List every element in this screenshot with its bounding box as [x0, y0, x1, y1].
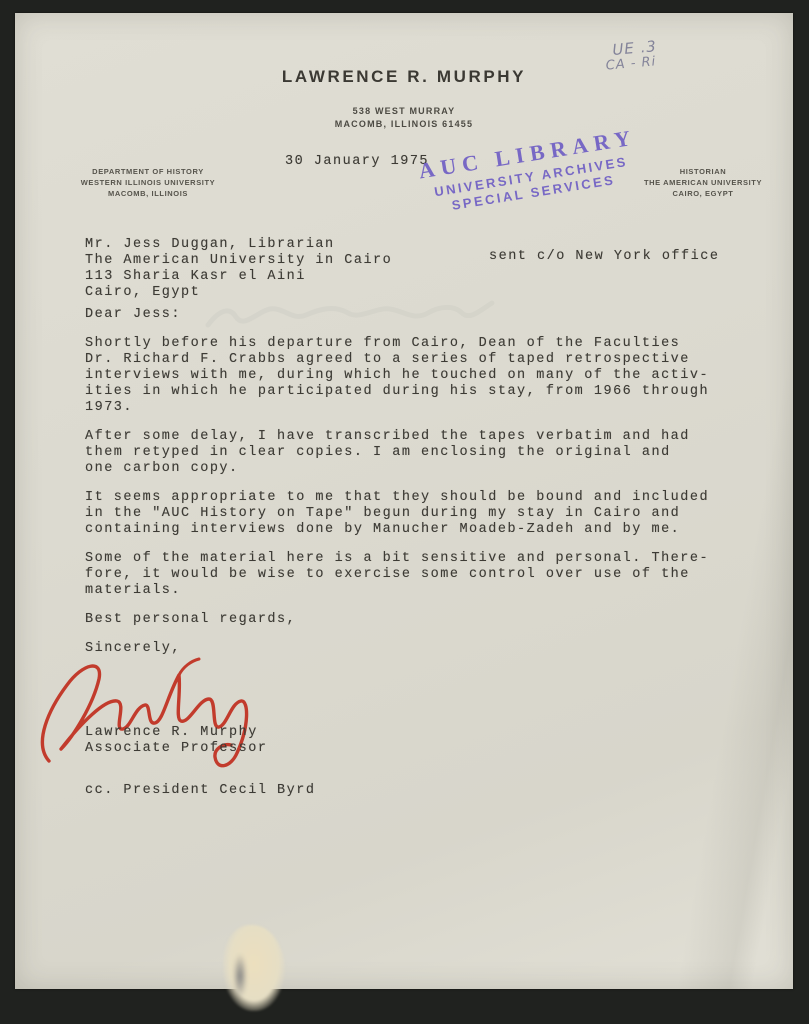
scanned-letter-photo: { "letterhead": { "name": "LAWRENCE R. M… — [0, 0, 809, 1024]
handwritten-catalog-code: UE .3 CA - Ri — [612, 39, 659, 73]
paragraph-4: Some of the material here is a bit sensi… — [85, 551, 750, 599]
paragraph-1: Shortly before his departure from Cairo,… — [85, 336, 750, 416]
cc-line: cc. President Cecil Byrd — [85, 783, 315, 799]
letter-body: Dear Jess: Shortly before his departure … — [85, 307, 750, 670]
letter-paper: LAWRENCE R. MURPHY 538 WEST MURRAY MACOM… — [15, 13, 793, 989]
letterhead-right-column: HISTORIAN THE AMERICAN UNIVERSITY CAIRO,… — [623, 166, 783, 199]
typed-signature-block: Lawrence R. Murphy Associate Professor — [85, 725, 267, 757]
paragraph-3: It seems appropriate to me that they sho… — [85, 490, 750, 538]
routing-note: sent c/o New York office — [489, 249, 719, 265]
paragraph-2: After some delay, I have transcribed the… — [85, 429, 750, 477]
letterhead-name: LAWRENCE R. MURPHY — [15, 67, 793, 87]
signature-red-ink — [33, 643, 293, 783]
letterhead-street: 538 WEST MURRAY — [15, 106, 793, 116]
tape-smudge — [233, 953, 247, 999]
regards-line: Best personal regards, — [85, 612, 750, 628]
letterhead-city: MACOMB, ILLINOIS 61455 — [15, 119, 793, 129]
letter-date: 30 January 1975 — [285, 154, 429, 170]
signed-name: Lawrence R. Murphy — [85, 725, 258, 740]
signed-title: Associate Professor — [85, 741, 267, 756]
letterhead-left-column: DEPARTMENT OF HISTORY WESTERN ILLINOIS U… — [63, 166, 233, 199]
salutation: Dear Jess: — [85, 307, 750, 323]
